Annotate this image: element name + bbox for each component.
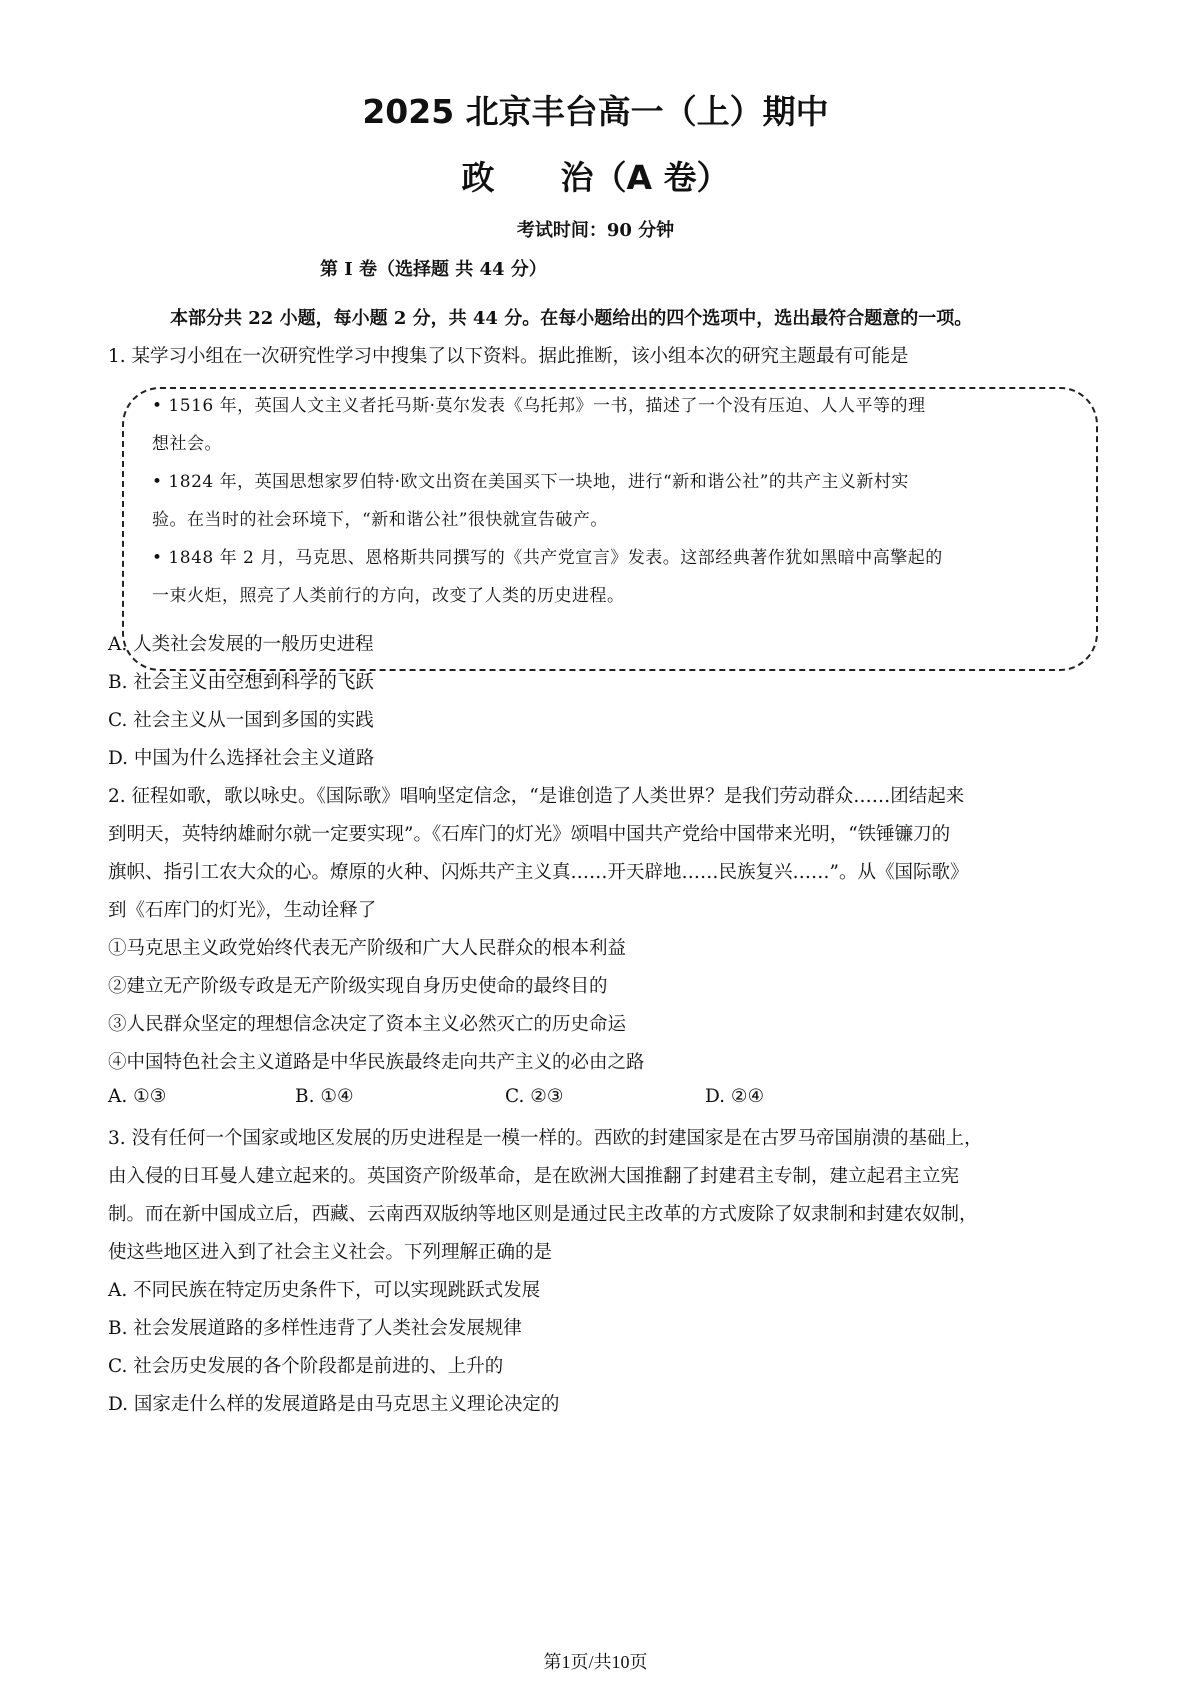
question-3-option-c[interactable]: C. 社会历史发展的各个阶段都是前进的、上升的 (108, 1352, 503, 1378)
material-line: 一束火炬，照亮了人类前行的方向，改变了人类的历史进程。 (152, 581, 625, 606)
question-3-stem: 使这些地区进入到了社会主义社会。下列理解正确的是 (108, 1238, 552, 1264)
question-2-statement-3: ③人民群众坚定的理想信念决定了资本主义必然灭亡的历史命运 (108, 1010, 626, 1036)
exam-time: 考试时间：90 分钟 (0, 216, 1191, 242)
question-2-statement-1: ①马克思主义政党始终代表无产阶级和广大人民群众的根本利益 (108, 934, 626, 960)
section-instruction: 本部分共 22 小题，每小题 2 分，共 44 分。在每小题给出的四个选项中，选… (170, 304, 972, 330)
question-2-statement-4: ④中国特色社会主义道路是中华民族最终走向共产主义的必由之路 (108, 1048, 645, 1074)
question-2-statement-2: ②建立无产阶级专政是无产阶级实现自身历史使命的最终目的 (108, 972, 608, 998)
question-2-option-c[interactable]: C. ②③ (505, 1086, 563, 1107)
question-2-option-d[interactable]: D. ②④ (705, 1086, 764, 1107)
material-line: 想社会。 (152, 429, 222, 454)
question-1-option-d[interactable]: D. 中国为什么选择社会主义道路 (108, 744, 374, 770)
material-line: • 1848 年 2 月，马克思、恩格斯共同撰写的《共产党宣言》发表。这部经典著… (152, 543, 943, 568)
question-1-option-b[interactable]: B. 社会主义由空想到科学的飞跃 (108, 668, 374, 694)
question-3-option-b[interactable]: B. 社会发展道路的多样性违背了人类社会发展规律 (108, 1314, 522, 1340)
question-2-stem: 2. 征程如歌，歌以咏史。《国际歌》唱响坚定信念，“是谁创造了人类世界？是我们劳… (108, 782, 964, 808)
question-2-stem: 到明天，英特纳雄耐尔就一定要实现”。《石库门的灯光》颂唱中国共产党给中国带来光明… (108, 820, 950, 846)
question-3-option-d[interactable]: D. 国家走什么样的发展道路是由马克思主义理论决定的 (108, 1390, 559, 1416)
question-3-stem: 由入侵的日耳曼人建立起来的。英国资产阶级革命，是在欧洲大国推翻了封建君主专制，建… (108, 1162, 959, 1188)
question-3-option-a[interactable]: A. 不同民族在特定历史条件下，可以实现跳跃式发展 (108, 1276, 540, 1302)
question-2-stem: 旗帜、指引工农大众的心。燎原的火种、闪烁共产主义真……开天辟地……民族复兴……”… (108, 858, 968, 884)
question-1-option-a[interactable]: A. 人类社会发展的一般历史进程 (108, 630, 374, 656)
question-3-stem: 3. 没有任何一个国家或地区发展的历史进程是一模一样的。西欧的封建国家是在古罗马… (108, 1124, 983, 1150)
material-line: • 1824 年，英国思想家罗伯特·欧文出资在美国买下一块地，进行“新和谐公社”… (152, 467, 909, 492)
question-2-option-b[interactable]: B. ①④ (295, 1086, 354, 1107)
material-line: • 1516 年，英国人文主义者托马斯·莫尔发表《乌托邦》一书，描述了一个没有压… (152, 391, 926, 416)
section-heading: 第 I 卷（选择题 共 44 分） (320, 255, 547, 281)
question-1-option-c[interactable]: C. 社会主义从一国到多国的实践 (108, 706, 374, 732)
page-number: 第1页/共10页 (0, 1648, 1191, 1674)
question-1-stem: 1. 某学习小组在一次研究性学习中搜集了以下资料。据此推断，该小组本次的研究主题… (108, 342, 909, 368)
exam-subject: 政 治（A 卷） (0, 152, 1191, 199)
material-line: 验。在当时的社会环境下，“新和谐公社”很快就宣告破产。 (152, 505, 608, 530)
exam-title: 2025 北京丰台高一（上）期中 (0, 86, 1191, 133)
question-2-option-a[interactable]: A. ①③ (108, 1086, 166, 1107)
question-3-stem: 制。而在新中国成立后，西藏、云南西双版纳等地区则是通过民主改革的方式废除了奴隶制… (108, 1200, 978, 1226)
question-2-stem: 到《石库门的灯光》，生动诠释了 (108, 896, 376, 922)
